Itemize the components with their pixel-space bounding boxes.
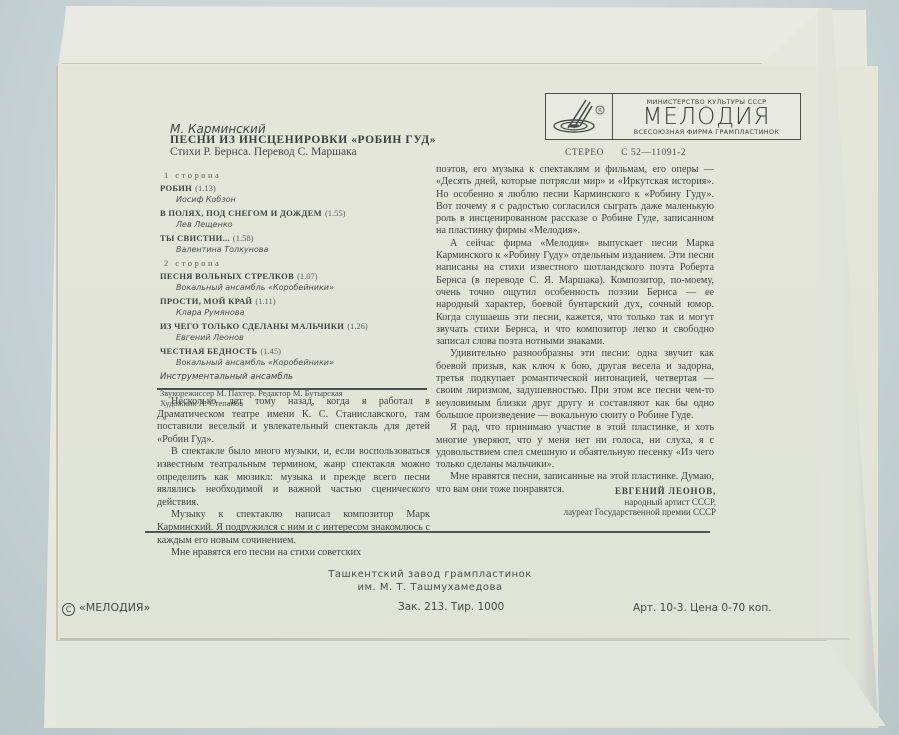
track-item: ИЗ ЧЕГО ТОЛЬКО СДЕЛАНЫ МАЛЬЧИКИ(1.26) Ев… <box>160 321 430 343</box>
track-artist: Евгений Леонов <box>160 332 430 343</box>
track-item: ТЫ СВИСТНИ...(1.58) Валентина Толкунова <box>160 233 430 255</box>
liner-notes-left: Несколько лет тому назад, когда я работа… <box>157 396 430 560</box>
brand-name: МЕЛОДИЯ <box>643 106 771 128</box>
track-item: ПЕСНЯ ВОЛЬНЫХ СТРЕЛКОВ(1.07) Вокальный а… <box>160 271 430 293</box>
track-item: ЧЕСТНАЯ БЕДНОСТЬ(1.45) Вокальный ансамбл… <box>160 346 430 368</box>
side-label: 2 сторона <box>164 258 430 269</box>
copyright-icon: C <box>62 603 75 616</box>
signature-award: лауреат Государственной премии СССР <box>480 507 716 518</box>
section-divider <box>157 388 427 390</box>
track-artist: Клара Румянова <box>160 307 430 318</box>
flap-fold-line <box>62 63 762 64</box>
catalog-code: С 52—11091-2 <box>621 148 686 158</box>
track-artist: Вокальный ансамбль «Коробейники» <box>160 357 430 368</box>
factory-name: Ташкентский завод грампластинок <box>300 568 560 581</box>
essay-paragraph: поэтов, его музыка к спектаклям и фильма… <box>436 164 714 238</box>
essay-paragraph: Мне нравятся его песни на стихи советски… <box>157 547 430 560</box>
order-print-run: Зак. 213. Тир. 1000 <box>398 601 504 613</box>
essay-paragraph: Музыку к спектаклю написал композитор Ма… <box>157 509 430 547</box>
track-item: В ПОЛЯХ, ПОД СНЕГОМ И ДОЖДЕМ(1.55) Лев Л… <box>160 208 430 230</box>
track-item: ПРОСТИ, МОЙ КРАЙ(1.11) Клара Румянова <box>160 296 430 318</box>
track-item: РОБИН(1.13) Иосиф Кобзон <box>160 183 430 205</box>
copyright-notice: C«МЕЛОДИЯ» <box>62 601 150 616</box>
catalog-number: СТЕРЕО С 52—11091-2 <box>565 148 686 158</box>
track-artist: Валентина Толкунова <box>160 244 430 255</box>
track-duration: (1.11) <box>255 296 275 306</box>
track-title: ИЗ ЧЕГО ТОЛЬКО СДЕЛАНЫ МАЛЬЧИКИ <box>160 321 344 331</box>
liner-notes-right: поэтов, его музыка к спектаклям и фильма… <box>436 164 714 496</box>
track-artist: Иосиф Кобзон <box>160 194 430 205</box>
track-title: ПЕСНЯ ВОЛЬНЫХ СТРЕЛКОВ <box>160 271 294 281</box>
bottom-fold-crease <box>60 638 850 640</box>
track-title: ЧЕСТНАЯ БЕДНОСТЬ <box>160 346 257 356</box>
track-artist: Лев Лещенко <box>160 219 430 230</box>
sleeve-top-flap <box>62 6 822 65</box>
track-duration: (1.13) <box>195 183 216 193</box>
factory-info: Ташкентский завод грампластинок им. М. Т… <box>300 568 560 594</box>
track-artist: Вокальный ансамбль «Коробейники» <box>160 282 430 293</box>
track-title: ПРОСТИ, МОЙ КРАЙ <box>160 296 252 306</box>
signature-title: народный артист СССР, <box>480 497 716 508</box>
track-duration: (1.07) <box>297 271 318 281</box>
melodiya-record-icon: R <box>546 94 613 139</box>
company-text: ВСЕСОЮЗНАЯ ФИРМА ГРАМПЛАСТИНОК <box>634 128 780 136</box>
sleeve-bottom-flap <box>56 640 886 729</box>
lyrics-credit: Стихи Р. Бернса. Перевод С. Маршака <box>170 146 357 158</box>
stereo-label: СТЕРЕО <box>565 148 604 158</box>
essay-paragraph: Я рад, что принимаю участие в этой пласт… <box>436 422 714 471</box>
author-signature: ЕВГЕНИЙ ЛЕОНОВ, народный артист СССР, ла… <box>480 486 716 518</box>
svg-text:R: R <box>598 108 602 114</box>
track-duration: (1.58) <box>233 233 254 243</box>
side-label: 1 сторона <box>164 170 430 181</box>
track-duration: (1.55) <box>325 208 346 218</box>
essay-paragraph: Удивительно разнообразны эти песни: одна… <box>436 348 714 422</box>
copyright-holder: «МЕЛОДИЯ» <box>79 601 150 614</box>
tracklist: 1 сторона РОБИН(1.13) Иосиф Кобзон В ПОЛ… <box>160 170 430 408</box>
track-title: В ПОЛЯХ, ПОД СНЕГОМ И ДОЖДЕМ <box>160 208 322 218</box>
article-price: Арт. 10-3. Цена 0-70 коп. <box>633 602 772 614</box>
track-title: РОБИН <box>160 183 192 193</box>
essay-paragraph: Несколько лет тому назад, когда я работа… <box>157 396 430 446</box>
album-title: ПЕСНИ ИЗ ИНСЦЕНИРОВКИ «РОБИН ГУД» <box>170 134 436 146</box>
track-duration: (1.45) <box>260 346 281 356</box>
signature-name: ЕВГЕНИЙ ЛЕОНОВ, <box>480 486 716 497</box>
track-duration: (1.26) <box>347 321 368 331</box>
factory-dedication: им. М. Т. Ташмухамедова <box>300 581 560 594</box>
ensemble-credit: Инструментальный ансамбль <box>160 372 430 383</box>
main-divider <box>145 531 710 533</box>
melodiya-logo: R МИНИСТЕРСТВО КУЛЬТУРЫ СССР МЕЛОДИЯ ВСЕ… <box>545 93 801 140</box>
essay-paragraph: В спектакле было много музыки, и, если в… <box>157 446 430 509</box>
essay-paragraph: А сейчас фирма «Мелодия» выпускает песни… <box>436 238 714 349</box>
track-title: ТЫ СВИСТНИ... <box>160 233 230 243</box>
